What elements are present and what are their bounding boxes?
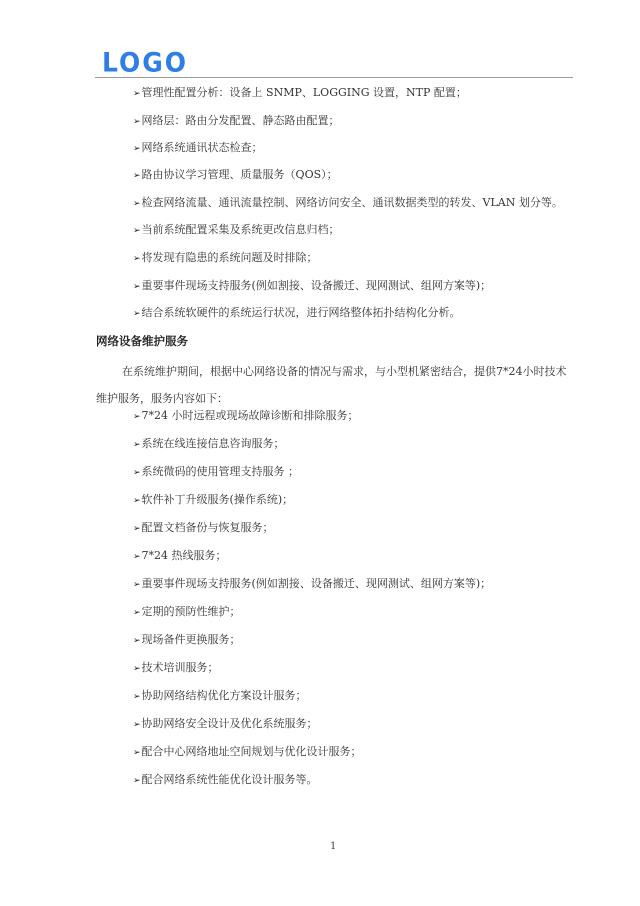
arrow-bullet-icon: ➢ (133, 282, 141, 292)
list-item: ➢协助网络结构优化方案设计服务； (133, 689, 307, 704)
arrow-bullet-icon: ➢ (133, 692, 141, 702)
arrow-bullet-icon: ➢ (133, 144, 141, 154)
list-item-text: 系统在线连接信息咨询服务； (142, 437, 285, 450)
arrow-bullet-icon: ➢ (133, 608, 141, 618)
section-paragraph: 在系统维护期间，根据中心网络设备的情况与需求，与小型机紧密结合，提供7*24小时… (96, 358, 576, 412)
list-item-text: 路由协议学习管理、质量服务（QOS）； (142, 168, 338, 181)
list-item: ➢7*24 热线服务； (133, 549, 227, 564)
header-divider (95, 77, 573, 78)
list-item: ➢配合网络系统性能优化设计服务等。 (133, 773, 318, 788)
arrow-bullet-icon: ➢ (133, 580, 141, 590)
arrow-bullet-icon: ➢ (133, 776, 141, 786)
list-item-text: 结合系统软硬件的系统运行状况，进行网络整体拓扑结构化分析。 (142, 306, 461, 319)
arrow-bullet-icon: ➢ (133, 748, 141, 758)
arrow-bullet-icon: ➢ (133, 412, 141, 422)
logo: LOGO (102, 49, 188, 76)
arrow-bullet-icon: ➢ (133, 440, 141, 450)
list-item: ➢系统在线连接信息咨询服务； (133, 437, 285, 452)
list-item-text: 技术培训服务； (142, 661, 219, 674)
list-item: ➢当前系统配置采集及系统更改信息归档； (133, 223, 340, 238)
list-item-text: 定期的预防性维护； (142, 605, 241, 618)
list-item: ➢配合中心网络地址空间规划与优化设计服务； (133, 745, 362, 760)
arrow-bullet-icon: ➢ (133, 552, 141, 562)
list-item: ➢重要事件现场支持服务(例如割接、设备搬迁、现网测试、组网方案等)； (133, 279, 491, 294)
list-item-text: 将发现有隐患的系统问题及时排除； (142, 251, 318, 264)
arrow-bullet-icon: ➢ (133, 89, 141, 99)
list-item: ➢技术培训服务； (133, 661, 219, 676)
list-item-text: 7*24 小时远程或现场故障诊断和排除服务； (142, 409, 359, 422)
list-item: ➢现场备件更换服务； (133, 633, 241, 648)
arrow-bullet-icon: ➢ (133, 117, 141, 127)
list-item-text: 重要事件现场支持服务(例如割接、设备搬迁、现网测试、组网方案等)； (142, 279, 492, 292)
list-item-text: 检查网络流量、通讯流量控制、网络访问安全、通讯数据类型的转发、VLAN 划分等。 (142, 196, 563, 209)
list-item: ➢协助网络安全设计及优化系统服务； (133, 717, 318, 732)
arrow-bullet-icon: ➢ (133, 226, 141, 236)
list-item-text: 当前系统配置采集及系统更改信息归档； (142, 223, 340, 236)
list-item: ➢系统微码的使用管理支持服务 ； (133, 465, 299, 480)
arrow-bullet-icon: ➢ (133, 524, 141, 534)
arrow-bullet-icon: ➢ (133, 496, 141, 506)
list-item: ➢路由协议学习管理、质量服务（QOS）； (133, 168, 338, 183)
list-item-text: 管理性配置分析：设备上 SNMP、LOGGING 设置，NTP 配置； (142, 86, 467, 99)
arrow-bullet-icon: ➢ (133, 720, 141, 730)
list-item-text: 7*24 热线服务； (142, 549, 227, 562)
list-item-text: 协助网络结构优化方案设计服务； (142, 689, 307, 702)
list-item-text: 配置文档备份与恢复服务； (142, 521, 274, 534)
arrow-bullet-icon: ➢ (133, 199, 141, 209)
list-item: ➢配置文档备份与恢复服务； (133, 521, 274, 536)
list-item: ➢网络系统通讯状态检查； (133, 141, 263, 156)
list-item-text: 现场备件更换服务； (142, 633, 241, 646)
list-item: ➢网络层：路由分发配置、静态路由配置； (133, 114, 340, 129)
list-item: ➢软件补丁升级服务(操作系统)； (133, 493, 293, 508)
arrow-bullet-icon: ➢ (133, 636, 141, 646)
list-item: ➢重要事件现场支持服务(例如割接、设备搬迁、现网测试、组网方案等)； (133, 577, 491, 592)
list-item-text: 系统微码的使用管理支持服务 ； (142, 465, 300, 478)
list-item: ➢定期的预防性维护； (133, 605, 241, 620)
list-item: ➢7*24 小时远程或现场故障诊断和排除服务； (133, 409, 359, 424)
arrow-bullet-icon: ➢ (133, 254, 141, 264)
list-item-text: 网络层：路由分发配置、静态路由配置； (142, 114, 340, 127)
arrow-bullet-icon: ➢ (133, 171, 141, 181)
list-item-text: 配合中心网络地址空间规划与优化设计服务； (142, 745, 362, 758)
list-item: ➢管理性配置分析：设备上 SNMP、LOGGING 设置，NTP 配置； (133, 86, 467, 101)
list-item-text: 软件补丁升级服务(操作系统)； (142, 493, 294, 506)
list-item-text: 网络系统通讯状态检查； (142, 141, 263, 154)
list-item-text: 配合网络系统性能优化设计服务等。 (142, 773, 318, 786)
arrow-bullet-icon: ➢ (133, 664, 141, 674)
list-item-text: 协助网络安全设计及优化系统服务； (142, 717, 318, 730)
section-heading: 网络设备维护服务 (96, 333, 188, 349)
arrow-bullet-icon: ➢ (133, 468, 141, 478)
list-item: ➢结合系统软硬件的系统运行状况，进行网络整体拓扑结构化分析。 (133, 306, 461, 321)
list-item: ➢将发现有隐患的系统问题及时排除； (133, 251, 318, 266)
list-item-text: 重要事件现场支持服务(例如割接、设备搬迁、现网测试、组网方案等)； (142, 577, 492, 590)
arrow-bullet-icon: ➢ (133, 309, 141, 319)
page-number: 1 (330, 841, 336, 852)
list-item: ➢检查网络流量、通讯流量控制、网络访问安全、通讯数据类型的转发、VLAN 划分等… (133, 196, 563, 211)
